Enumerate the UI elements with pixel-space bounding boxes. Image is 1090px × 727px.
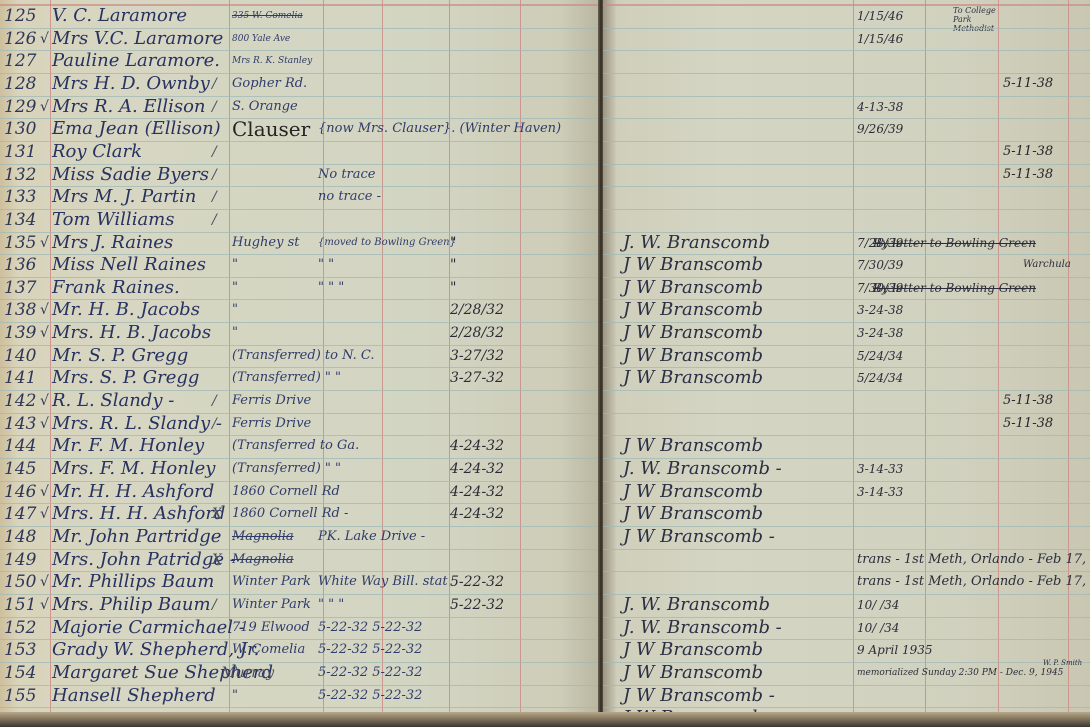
ledger-row: 130Ema Jean (Ellison)Clauser{now Mrs. Cl… bbox=[0, 118, 600, 140]
ledger-row-right: 1/15/46 bbox=[603, 5, 1090, 27]
check-mark: √ bbox=[40, 571, 49, 593]
tally-mark: / bbox=[212, 141, 217, 163]
check-mark: √ bbox=[40, 96, 49, 118]
tally-mark: X bbox=[212, 503, 222, 525]
page-bottom-edge bbox=[0, 712, 1090, 727]
ledger-row-right: 5-11-38 bbox=[603, 413, 1090, 435]
ledger-row: 143√Mrs. R. L. Slandy -/Ferris Drive bbox=[0, 413, 600, 435]
member-number: 128 bbox=[4, 73, 36, 95]
member-number: 155 bbox=[4, 685, 36, 707]
ledger-row: 141Mrs. S. P. Gregg(Transferred) " "3-27… bbox=[0, 367, 600, 389]
member-address: W. Comelia bbox=[232, 639, 305, 661]
member-number: 141 bbox=[4, 367, 36, 389]
removal-date: 3-24-38 bbox=[857, 322, 903, 344]
member-name: Roy Clark bbox=[52, 141, 142, 163]
member-address: Winter Park bbox=[232, 594, 311, 616]
ledger-row: 146√Mr. H. H. Ashford1860 Cornell Rd4-24… bbox=[0, 481, 600, 503]
check-mark: √ bbox=[40, 481, 49, 503]
member-address: Mrs R. K. Stanley bbox=[232, 50, 312, 72]
member-number: 136 bbox=[4, 254, 36, 276]
remarks: " " " bbox=[318, 594, 344, 616]
ledger-row: 150√Mr. Phillips BaumWinter ParkWhite Wa… bbox=[0, 571, 600, 593]
ledger-row-right: 9/26/39 bbox=[603, 118, 1090, 140]
ledger-row: 138√Mr. H. B. Jacobs"2/28/32 bbox=[0, 299, 600, 321]
ledger-row-right: 5-11-38 bbox=[603, 73, 1090, 95]
member-address: 800 Yale Ave bbox=[232, 28, 290, 50]
member-number: 149 bbox=[4, 549, 36, 571]
date-received: 5-22-32 bbox=[450, 594, 504, 616]
member-number: 144 bbox=[4, 435, 36, 457]
member-name: Mrs M. J. Partin bbox=[52, 186, 196, 208]
member-name: R. L. Slandy - bbox=[52, 390, 174, 412]
ledger-row-right: J W Branscombmemorialized Sunday 2:30 PM… bbox=[603, 662, 1090, 684]
ledger-row: 142√R. L. Slandy -/Ferris Drive bbox=[0, 390, 600, 412]
ledger-row-right bbox=[603, 186, 1090, 208]
removal-date: 1/15/46 bbox=[857, 28, 903, 50]
ledger-row: 128Mrs H. D. Ownby/Gopher Rd. bbox=[0, 73, 600, 95]
member-number: 132 bbox=[4, 164, 36, 186]
date-received: 2/28/32 bbox=[450, 299, 504, 321]
pastor-signature: J. W. Branscomb - bbox=[623, 617, 782, 639]
ledger-row-right: J. W. Branscomb7/28/39By letter to Bowli… bbox=[603, 232, 1090, 254]
tally-mark: / bbox=[212, 186, 217, 208]
date-received: " bbox=[450, 232, 456, 254]
ledger-row-right: trans - 1st Meth, Orlando - Feb 17, 19 bbox=[603, 549, 1090, 571]
status-date: 5-11-38 bbox=[1003, 164, 1053, 186]
member-number: 134 bbox=[4, 209, 36, 231]
ledger-row-right: 5-11-38 bbox=[603, 141, 1090, 163]
check-mark: √ bbox=[40, 322, 49, 344]
member-name: Mrs H. D. Ownby bbox=[52, 73, 210, 95]
remarks: 5-22-32 5-22-32 bbox=[318, 617, 422, 639]
member-number: 129 bbox=[4, 96, 36, 118]
member-name: Mr. F. M. Honley bbox=[52, 435, 204, 457]
member-address: S. Orange bbox=[232, 96, 298, 118]
ledger-row: 140Mr. S. P. Gregg(Transferred) to N. C.… bbox=[0, 345, 600, 367]
ledger-row: 137Frank Raines."" " "" bbox=[0, 277, 600, 299]
ledger-row: 139√Mrs. H. B. Jacobs"2/28/32 bbox=[0, 322, 600, 344]
pastor-signature: J W Branscomb bbox=[623, 254, 763, 276]
removal-date: 10/ /34 bbox=[857, 617, 899, 639]
right-page: To College Park Methodist 1/15/461/15/46… bbox=[603, 0, 1090, 716]
tally-mark: / bbox=[212, 73, 217, 95]
member-name: Mrs V.C. Laramore bbox=[52, 28, 223, 50]
pastor-signature: J W Branscomb bbox=[623, 277, 763, 299]
date-received: 2/28/32 bbox=[450, 322, 504, 344]
member-address: " bbox=[232, 299, 238, 321]
ledger-row-right bbox=[603, 209, 1090, 231]
member-number: 137 bbox=[4, 277, 36, 299]
member-address: 1860 Cornell Rd bbox=[232, 481, 340, 503]
removal-date: 5/24/34 bbox=[857, 345, 903, 367]
removal-date: 3-24-38 bbox=[857, 299, 903, 321]
member-number: 148 bbox=[4, 526, 36, 548]
pastor-signature: J W Branscomb - bbox=[623, 526, 775, 548]
member-number: 142 bbox=[4, 390, 36, 412]
remarks: no trace - bbox=[318, 186, 381, 208]
member-address: " bbox=[232, 685, 238, 707]
member-name: Mrs. Philip Baum bbox=[52, 594, 211, 616]
ledger-row-right: J W Branscomb5/24/34 bbox=[603, 345, 1090, 367]
check-mark: √ bbox=[40, 28, 49, 50]
status-date: 5-11-38 bbox=[1003, 73, 1053, 95]
pastor-signature: J W Branscomb bbox=[623, 345, 763, 367]
removal-date: 5/24/34 bbox=[857, 367, 903, 389]
check-mark: √ bbox=[40, 299, 49, 321]
ledger-row: 136Miss Nell Raines"" "" bbox=[0, 254, 600, 276]
ledger-row: 149Mrs. John Patridge -XMagnolia bbox=[0, 549, 600, 571]
tally-mark: - Murray bbox=[212, 662, 274, 684]
pastor-signature: J W Branscomb - bbox=[623, 685, 775, 707]
member-name: Mrs. H. H. Ashford bbox=[52, 503, 225, 525]
left-page: 125V. C. Laramore335 W. Comelia126√Mrs V… bbox=[0, 0, 600, 716]
remarks: 5-22-32 5-22-32 bbox=[318, 639, 422, 661]
member-number: 131 bbox=[4, 141, 36, 163]
tally-mark: / bbox=[212, 594, 217, 616]
date-received: 5-22-32 bbox=[450, 571, 504, 593]
check-mark: √ bbox=[40, 413, 49, 435]
member-name: Hansell Shepherd bbox=[52, 685, 216, 707]
removal-date: 9 April 1935 bbox=[857, 639, 933, 661]
member-address: " bbox=[232, 254, 238, 276]
remarks: " " " bbox=[318, 277, 344, 299]
tally-mark: / bbox=[212, 413, 217, 435]
ledger-row-right: J W Branscomb - bbox=[603, 526, 1090, 548]
member-address: (Transferred to Ga. bbox=[232, 435, 359, 457]
remarks: White Way Bill. stat bbox=[318, 571, 448, 593]
date-received: " bbox=[450, 277, 456, 299]
ledger-row-right: J W Branscomb7/30/39By letter to Bowling… bbox=[603, 277, 1090, 299]
ledger-row: 152Majorie Carmichael -719 Elwood5-22-32… bbox=[0, 617, 600, 639]
tally-mark: / bbox=[212, 390, 217, 412]
ledger-row: 127Pauline Laramore.Mrs R. K. Stanley bbox=[0, 50, 600, 72]
member-name: Mrs J. Raines bbox=[52, 232, 173, 254]
member-name: Mr. S. P. Gregg bbox=[52, 345, 188, 367]
ledger-row-right: J W Branscomb bbox=[603, 435, 1090, 457]
member-address: 335 W. Comelia bbox=[232, 5, 303, 27]
member-number: 138 bbox=[4, 299, 36, 321]
removal-date: 3-14-33 bbox=[857, 458, 903, 480]
member-name: Mr. Phillips Baum bbox=[52, 571, 214, 593]
ledger-row: 125V. C. Laramore335 W. Comelia bbox=[0, 5, 600, 27]
status-date: 5-11-38 bbox=[1003, 141, 1053, 163]
removal-date: 4-13-38 bbox=[857, 96, 903, 118]
pastor-signature: J W Branscomb bbox=[623, 503, 763, 525]
member-number: 147 bbox=[4, 503, 36, 525]
removal-note: By letter to Bowling Green bbox=[873, 277, 1036, 299]
tally-mark: / bbox=[212, 209, 217, 231]
member-name: Miss Sadie Byers bbox=[52, 164, 209, 186]
pastor-signature: J W Branscomb bbox=[623, 322, 763, 344]
status-date: 5-11-38 bbox=[1003, 413, 1053, 435]
tally-mark: X bbox=[212, 549, 222, 571]
ledger-row-right: J W Branscomb9 April 1935 bbox=[603, 639, 1090, 661]
remarks: 5-22-32 5-22-32 bbox=[318, 685, 422, 707]
ledger-row: 154Margaret Sue Shepherd- Murray"5-22-32… bbox=[0, 662, 600, 684]
date-received: " bbox=[450, 254, 456, 276]
ledger-row: 126√Mrs V.C. Laramore800 Yale Ave bbox=[0, 28, 600, 50]
date-received: 4-24-32 bbox=[450, 435, 504, 457]
member-number: 154 bbox=[4, 662, 36, 684]
member-address: Ferris Drive bbox=[232, 413, 311, 435]
ledger-row: 134Tom Williams/ bbox=[0, 209, 600, 231]
member-number: 152 bbox=[4, 617, 36, 639]
ledger-row-right: 5-11-38 bbox=[603, 390, 1090, 412]
remarks: PK. Lake Drive - bbox=[318, 526, 425, 548]
member-address: Ferris Drive bbox=[232, 390, 311, 412]
member-number: 146 bbox=[4, 481, 36, 503]
removal-date: 9/26/39 bbox=[857, 118, 903, 140]
check-mark: √ bbox=[40, 503, 49, 525]
date-received: 4-24-32 bbox=[450, 458, 504, 480]
ledger-row-right: J. W. Branscomb -3-14-33 bbox=[603, 458, 1090, 480]
member-name: Grady W. Shepherd, Jr. bbox=[52, 639, 259, 661]
member-name: Mrs. F. M. Honley bbox=[52, 458, 215, 480]
member-address: Hughey st bbox=[232, 232, 299, 254]
pastor-signature: J W Branscomb bbox=[623, 481, 763, 503]
removal-date: 10/ /34 bbox=[857, 594, 899, 616]
member-name: Miss Nell Raines bbox=[52, 254, 206, 276]
member-name: V. C. Laramore bbox=[52, 5, 187, 27]
member-address: Magnolia bbox=[232, 549, 294, 571]
ledger-row-right: 4-13-38 bbox=[603, 96, 1090, 118]
member-number: 151 bbox=[4, 594, 36, 616]
ledger-book: 125V. C. Laramore335 W. Comelia126√Mrs V… bbox=[0, 0, 1090, 727]
ledger-row: 133Mrs M. J. Partin/no trace - bbox=[0, 186, 600, 208]
member-address: (Transferred) " " bbox=[232, 458, 341, 480]
remarks: {now Mrs. Clauser}. (Winter Haven) bbox=[318, 118, 561, 140]
member-address: 719 Elwood bbox=[232, 617, 310, 639]
ledger-row-right: J W Branscomb3-24-38 bbox=[603, 322, 1090, 344]
ledger-row-right: J W Branscomb3-24-38 bbox=[603, 299, 1090, 321]
pastor-signature: J W Branscomb bbox=[623, 662, 763, 684]
removal-date: 7/30/39 bbox=[857, 254, 903, 276]
ledger-row: 129√Mrs R. A. Ellison/S. Orange bbox=[0, 96, 600, 118]
member-address: " bbox=[232, 277, 238, 299]
ledger-row-right: J. W. Branscomb -10/ /34 bbox=[603, 617, 1090, 639]
member-name: Mrs. S. P. Gregg bbox=[52, 367, 199, 389]
member-name: Tom Williams bbox=[52, 209, 174, 231]
member-number: 153 bbox=[4, 639, 36, 661]
member-number: 130 bbox=[4, 118, 36, 140]
member-name: Mr. John Partridge bbox=[52, 526, 221, 548]
pastor-signature: J. W. Branscomb bbox=[623, 594, 770, 616]
pastor-signature: J W Branscomb bbox=[623, 435, 763, 457]
check-mark: √ bbox=[40, 594, 49, 616]
member-address: " bbox=[232, 322, 238, 344]
ledger-row: 153Grady W. Shepherd, Jr.W. Comelia5-22-… bbox=[0, 639, 600, 661]
ledger-row: 148Mr. John PartridgeMagnoliaPK. Lake Dr… bbox=[0, 526, 600, 548]
member-address: (Transferred) to N. C. bbox=[232, 345, 375, 367]
removal-date: trans - 1st Meth, Orlando - Feb 17, bbox=[857, 571, 1086, 593]
removal-note: By letter to Bowling Green bbox=[873, 232, 1036, 254]
member-name: Mrs. John Patridge - bbox=[52, 549, 236, 571]
member-name: Mrs. H. B. Jacobs bbox=[52, 322, 211, 344]
ledger-row-right: 5-11-38 bbox=[603, 164, 1090, 186]
pastor-signature: J. W. Branscomb bbox=[623, 232, 770, 254]
member-name: Mrs. R. L. Slandy - bbox=[52, 413, 222, 435]
ledger-row: 147√Mrs. H. H. AshfordX1860 Cornell Rd -… bbox=[0, 503, 600, 525]
member-name: Frank Raines. bbox=[52, 277, 180, 299]
pastor-signature: J W Branscomb bbox=[623, 367, 763, 389]
date-received: 4-24-32 bbox=[450, 503, 504, 525]
member-number: 145 bbox=[4, 458, 36, 480]
member-number: 150 bbox=[4, 571, 36, 593]
member-address: 1860 Cornell Rd - bbox=[232, 503, 348, 525]
ledger-row-right: J W Branscomb - bbox=[603, 685, 1090, 707]
member-address: " bbox=[232, 662, 238, 684]
member-number: 125 bbox=[4, 5, 36, 27]
member-number: 126 bbox=[4, 28, 36, 50]
remarks: 5-22-32 5-22-32 bbox=[318, 662, 422, 684]
ledger-row-right: J W Branscomb5/24/34 bbox=[603, 367, 1090, 389]
ledger-row-right: J. W. Branscomb10/ /34 bbox=[603, 594, 1090, 616]
ledger-row-right: J W Branscomb7/30/39Warchula bbox=[603, 254, 1090, 276]
status-date: 5-11-38 bbox=[1003, 390, 1053, 412]
tally-mark: / bbox=[212, 96, 217, 118]
ledger-row-right: 1/15/46 bbox=[603, 28, 1090, 50]
remarks: " " bbox=[318, 254, 334, 276]
date-received: 3-27-32 bbox=[450, 367, 504, 389]
member-number: 143 bbox=[4, 413, 36, 435]
check-mark: √ bbox=[40, 232, 49, 254]
ledger-row: 151√Mrs. Philip Baum/Winter Park" " "5-2… bbox=[0, 594, 600, 616]
tally-mark: / bbox=[212, 164, 217, 186]
ledger-row-right: J W Branscomb3-14-33 bbox=[603, 481, 1090, 503]
pastor-signature: J W Branscomb bbox=[623, 639, 763, 661]
ledger-row: 135√Mrs J. RainesHughey st{moved to Bowl… bbox=[0, 232, 600, 254]
removal-date: 3-14-33 bbox=[857, 481, 903, 503]
member-name: Majorie Carmichael - bbox=[52, 617, 245, 639]
removal-date: 1/15/46 bbox=[857, 5, 903, 27]
member-address: (Transferred) " " bbox=[232, 367, 341, 389]
member-number: 135 bbox=[4, 232, 36, 254]
removal-date: memorialized Sunday 2:30 PM - Dec. 9, 19… bbox=[857, 662, 1063, 684]
member-name: Mr. H. H. Ashford bbox=[52, 481, 214, 503]
removal-note: W. P. Smith bbox=[1043, 652, 1082, 674]
ledger-row-right: trans - 1st Meth, Orlando - Feb 17, bbox=[603, 571, 1090, 593]
remarks: No trace bbox=[318, 164, 376, 186]
ledger-row: 144Mr. F. M. Honley(Transferred to Ga.4-… bbox=[0, 435, 600, 457]
ledger-row: 132Miss Sadie Byers/No trace bbox=[0, 164, 600, 186]
member-address: Magnolia bbox=[232, 526, 294, 548]
member-number: 140 bbox=[4, 345, 36, 367]
member-number: 133 bbox=[4, 186, 36, 208]
ledger-row: 155Hansell Shepherd"5-22-32 5-22-32 bbox=[0, 685, 600, 707]
member-number: 139 bbox=[4, 322, 36, 344]
ruled-line bbox=[0, 707, 600, 708]
member-number: 127 bbox=[4, 50, 36, 72]
ledger-row: 131Roy Clark/ bbox=[0, 141, 600, 163]
ledger-row: 145Mrs. F. M. Honley(Transferred) " "4-2… bbox=[0, 458, 600, 480]
member-name: Ema Jean (Ellison) bbox=[52, 118, 221, 140]
check-mark: √ bbox=[40, 390, 49, 412]
pastor-signature: J. W. Branscomb - bbox=[623, 458, 782, 480]
ledger-row-right: J W Branscomb bbox=[603, 503, 1090, 525]
member-address: Gopher Rd. bbox=[232, 73, 307, 95]
member-name: Mr. H. B. Jacobs bbox=[52, 299, 200, 321]
ledger-row-right bbox=[603, 50, 1090, 72]
date-received: 4-24-32 bbox=[450, 481, 504, 503]
member-address: Winter Park bbox=[232, 571, 311, 593]
removal-note: Warchula bbox=[1023, 254, 1071, 276]
pastor-signature: J W Branscomb bbox=[623, 299, 763, 321]
member-name: Mrs R. A. Ellison bbox=[52, 96, 206, 118]
removal-date: trans - 1st Meth, Orlando - Feb 17, 19 bbox=[857, 549, 1090, 571]
member-address: Clauser bbox=[232, 118, 310, 140]
date-received: 3-27/32 bbox=[450, 345, 504, 367]
remarks: {moved to Bowling Green} bbox=[318, 232, 456, 254]
member-name: Pauline Laramore. bbox=[52, 50, 220, 72]
